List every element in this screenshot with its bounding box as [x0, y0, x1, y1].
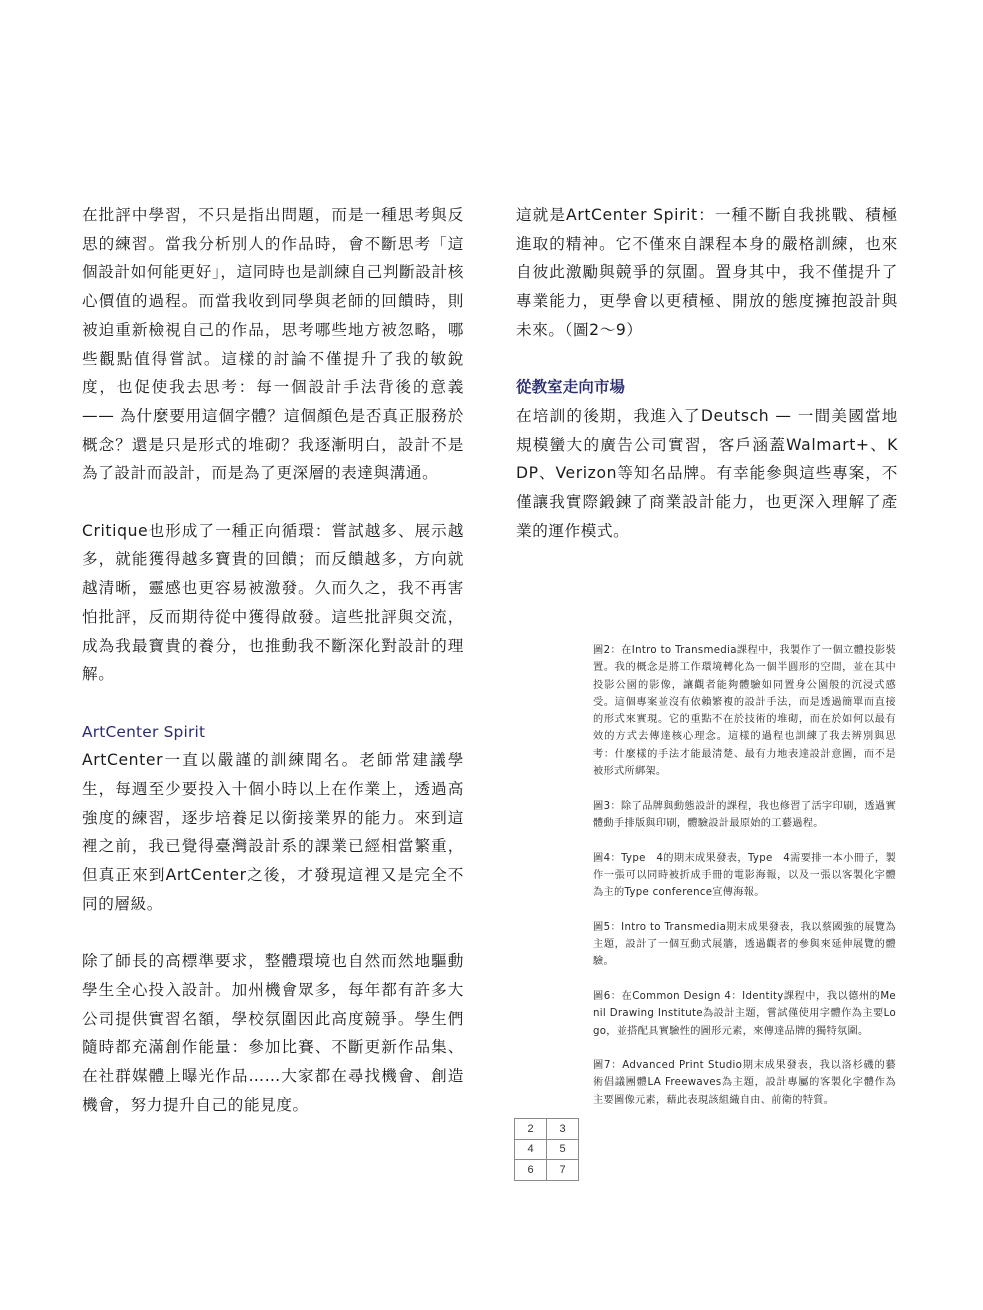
- paragraph-spacer: [82, 919, 464, 948]
- body-paragraph-artcenter-training: ArtCenter一直以嚴謹的訓練聞名。老師常建議學生，每週至少要投入十個小時以…: [82, 746, 464, 918]
- right-column: 這就是ArtCenter Spirit：一種不斷自我挑戰、積極進取的精神。它不僅…: [516, 201, 898, 545]
- caption-spacer: [593, 901, 896, 918]
- caption-figure-3: 圖3：除了品牌與動態設計的課程，我也修習了活字印刷，透過實體動手排版與印刷，體驗…: [593, 798, 896, 833]
- grid-cell-figure-4: 4: [515, 1139, 547, 1160]
- grid-cell-figure-2: 2: [515, 1119, 547, 1140]
- grid-row: 6 7: [515, 1160, 579, 1181]
- grid-cell-figure-7: 7: [547, 1160, 579, 1181]
- caption-figure-2: 圖2：在Intro to Transmedia課程中，我製作了一個立體投影裝置。…: [593, 642, 896, 780]
- paragraph-spacer: [516, 345, 898, 374]
- caption-spacer: [593, 971, 896, 988]
- caption-figure-4: 圖4：Type 4的期末成果發表，Type 4需要排一本小冊子，製作一張可以同時…: [593, 850, 896, 902]
- caption-figure-5: 圖5：Intro to Transmedia期末成果發表，我以蔡國強的展覽為主題…: [593, 919, 896, 971]
- paragraph-spacer: [82, 689, 464, 718]
- section-heading-classroom-to-market: 從教室走向市場: [516, 373, 898, 402]
- grid-row: 4 5: [515, 1139, 579, 1160]
- figure-index-grid: 2 3 4 5 6 7: [514, 1118, 579, 1181]
- grid-cell-figure-3: 3: [547, 1119, 579, 1140]
- left-column: 在批評中學習，不只是指出問題，而是一種思考與反思的練習。當我分析別人的作品時，會…: [82, 201, 464, 1119]
- paragraph-spacer: [82, 488, 464, 517]
- grid-row: 2 3: [515, 1119, 579, 1140]
- body-paragraph-positive-cycle: Critique也形成了一種正向循環：嘗試越多、展示越多，就能獲得越多寶貴的回饋…: [82, 517, 464, 689]
- grid-cell-figure-5: 5: [547, 1139, 579, 1160]
- caption-figure-6: 圖6：在Common Design 4：Identity課程中，我以德州的Men…: [593, 988, 896, 1040]
- caption-figure-7: 圖7：Advanced Print Studio期末成果發表，我以洛杉磯的藝術倡…: [593, 1057, 896, 1109]
- grid-cell-figure-6: 6: [515, 1160, 547, 1181]
- body-paragraph-internship: 在培訓的後期，我進入了Deutsch — 一間美國當地規模蠻大的廣告公司實習，客…: [516, 402, 898, 546]
- section-heading-artcenter-spirit: ArtCenter Spirit: [82, 718, 464, 747]
- caption-spacer: [593, 832, 896, 849]
- body-paragraph-artcenter-spirit-summary: 這就是ArtCenter Spirit：一種不斷自我挑戰、積極進取的精神。它不僅…: [516, 201, 898, 345]
- body-paragraph-environment: 除了師長的高標準要求，整體環境也自然而然地驅動學生全心投入設計。加州機會眾多，每…: [82, 947, 464, 1119]
- caption-spacer: [593, 1040, 896, 1057]
- body-paragraph-critique: 在批評中學習，不只是指出問題，而是一種思考與反思的練習。當我分析別人的作品時，會…: [82, 201, 464, 488]
- caption-spacer: [593, 780, 896, 797]
- figure-captions: 圖2：在Intro to Transmedia課程中，我製作了一個立體投影裝置。…: [593, 642, 896, 1109]
